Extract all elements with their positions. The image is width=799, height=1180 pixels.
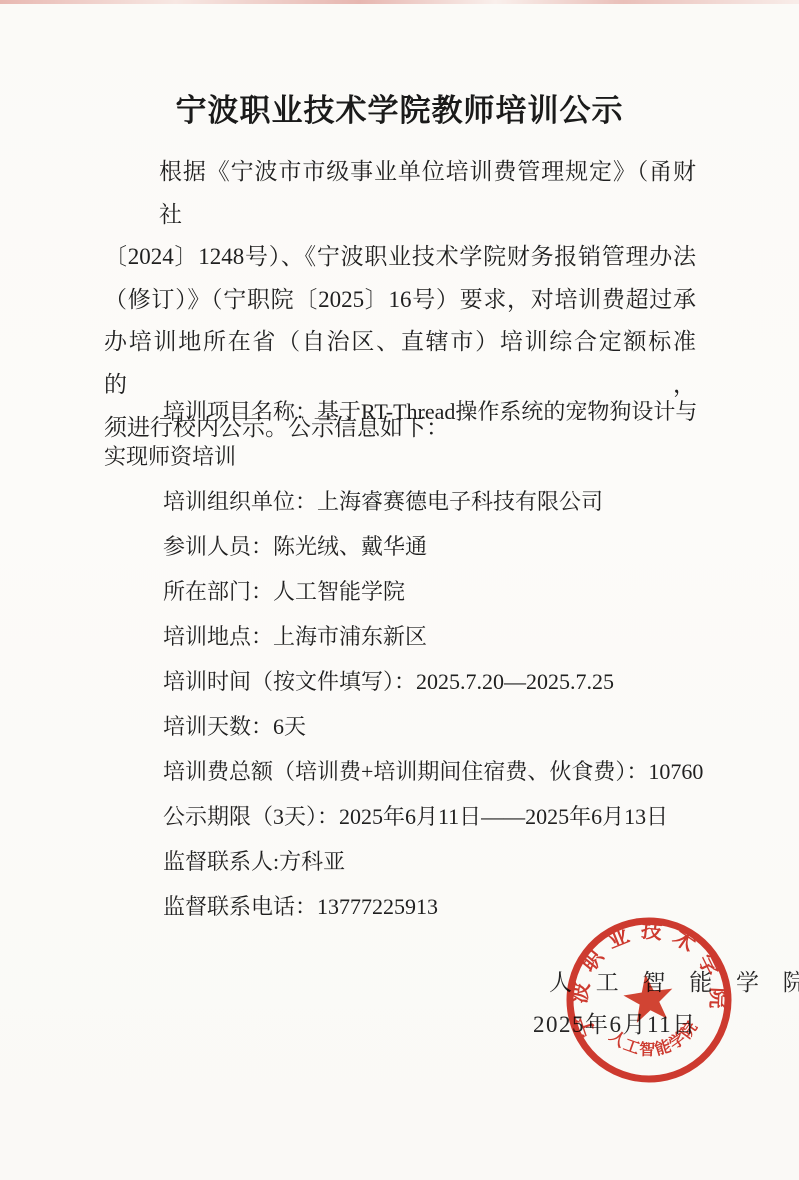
seal-inner-text: 人工智能学院 xyxy=(604,1015,705,1066)
field-project-name: 培训项目名称：基于RT-Thread操作系统的宠物狗设计与 xyxy=(104,389,744,434)
scan-artifact-top-edge xyxy=(0,0,799,4)
field-total-fee: 培训费总额（培训费+培训期间住宿费、伙食费）：10760 xyxy=(104,749,744,794)
seal-star-icon xyxy=(621,971,676,1024)
field-department: 所在部门：人工智能学院 xyxy=(104,569,744,614)
field-organizer: 培训组织单位：上海睿赛德电子科技有限公司 xyxy=(104,479,744,524)
field-duration-days: 培训天数：6天 xyxy=(104,704,744,749)
seal-outer-text: 宁波职业技术学院 xyxy=(556,907,735,1041)
field-project-name-continued: 实现师资培训 xyxy=(104,434,744,479)
field-participants: 参训人员：陈光绒、戴华通 xyxy=(104,524,744,569)
field-location: 培训地点：上海市浦东新区 xyxy=(104,614,744,659)
field-supervisor-contact: 监督联系人:方科亚 xyxy=(104,839,744,884)
field-time-range: 培训时间（按文件填写）：2025.7.20—2025.7.25 xyxy=(104,659,744,704)
document-title: 宁波职业技术学院教师培训公示 xyxy=(0,91,799,131)
intro-line: 根据《宁波市市级事业单位培训费管理规定》（甬财社 xyxy=(104,151,696,236)
intro-line: 〔2024〕1248号）、《宁波职业技术学院财务报销管理办法 xyxy=(104,236,696,279)
svg-text:人工智能学院: 人工智能学院 xyxy=(604,1015,705,1066)
seal-graphic: 宁波职业技术学院 人工智能学院 xyxy=(550,901,749,1100)
scanned-document-page: 宁波职业技术学院教师培训公示 根据《宁波市市级事业单位培训费管理规定》（甬财社 … xyxy=(0,0,799,1180)
training-detail-fields: 培训项目名称：基于RT-Thread操作系统的宠物狗设计与 实现师资培训 培训组… xyxy=(104,389,744,929)
field-publicity-period: 公示期限（3天）：2025年6月11日——2025年6月13日 xyxy=(104,794,744,839)
official-seal: 宁波职业技术学院 人工智能学院 xyxy=(550,901,749,1100)
svg-text:宁波职业技术学院: 宁波职业技术学院 xyxy=(556,907,735,1041)
intro-line: （修订）》（宁职院〔2025〕16号）要求，对培训费超过承 xyxy=(104,279,696,322)
